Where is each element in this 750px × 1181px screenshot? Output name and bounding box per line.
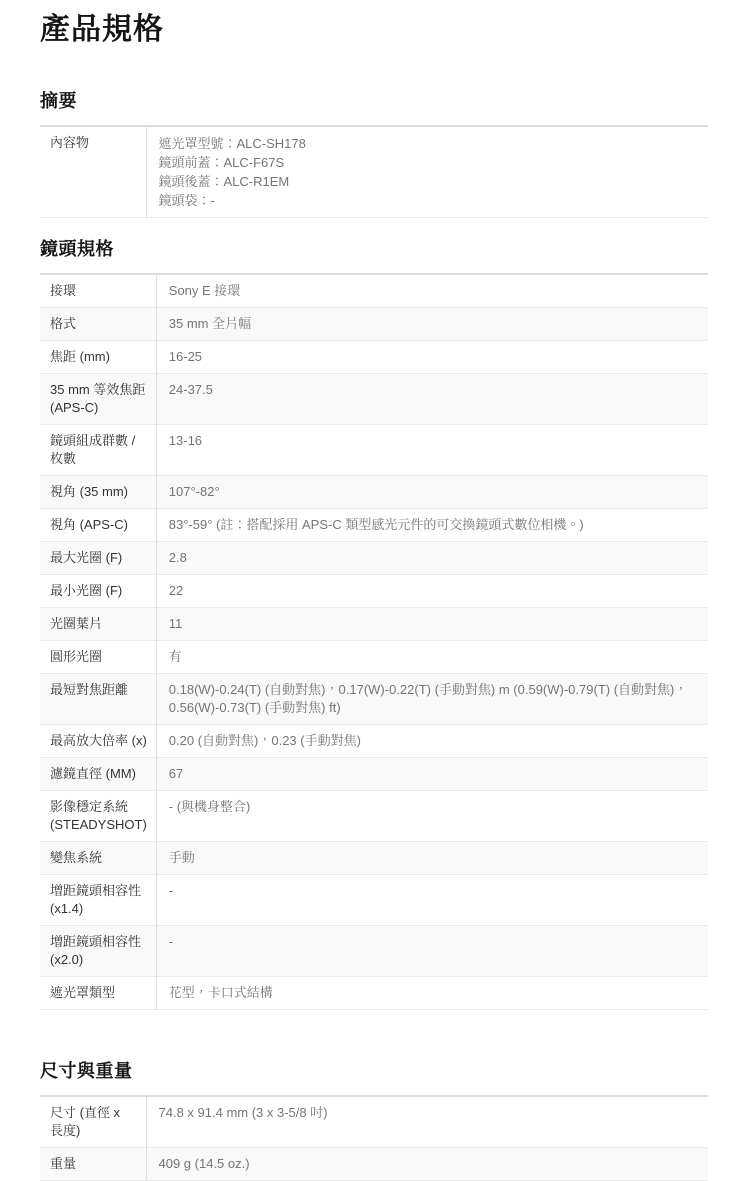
spec-label: 最短對焦距離 bbox=[40, 674, 156, 725]
section-lens-specs: 鏡頭規格 接環 Sony E 接環 格式 35 mm 全片幅 焦距 (mm) 1… bbox=[40, 238, 708, 1010]
spec-label: 遮光罩類型 bbox=[40, 977, 156, 1010]
spec-value: 13-16 bbox=[156, 425, 708, 476]
spec-label: 濾鏡直徑 (MM) bbox=[40, 758, 156, 791]
spec-value: 16-25 bbox=[156, 341, 708, 374]
spec-label: 變焦系統 bbox=[40, 842, 156, 875]
table-row: 變焦系統 手動 bbox=[40, 842, 708, 875]
spec-value: 107°-82° bbox=[156, 476, 708, 509]
table-row: 接環 Sony E 接環 bbox=[40, 274, 708, 308]
table-row: 視角 (35 mm) 107°-82° bbox=[40, 476, 708, 509]
spec-value: 花型，卡口式結構 bbox=[156, 977, 708, 1010]
spec-table: 尺寸 (直徑 x 長度) 74.8 x 91.4 mm (3 x 3-5/8 吋… bbox=[40, 1095, 708, 1181]
table-row: 增距鏡頭相容性 (x1.4) - bbox=[40, 875, 708, 926]
section-dimensions-weight: 尺寸與重量 尺寸 (直徑 x 長度) 74.8 x 91.4 mm (3 x 3… bbox=[40, 1060, 708, 1181]
spec-value: Sony E 接環 bbox=[156, 274, 708, 308]
spec-value: - bbox=[156, 926, 708, 977]
spec-value: 0.20 (自動對焦)，0.23 (手動對焦) bbox=[156, 725, 708, 758]
spec-label: 光圈葉片 bbox=[40, 608, 156, 641]
spec-label: 35 mm 等效焦距 (APS-C) bbox=[40, 374, 156, 425]
spec-value: 2.8 bbox=[156, 542, 708, 575]
table-row: 鏡頭組成群數 / 枚數 13-16 bbox=[40, 425, 708, 476]
spec-label: 視角 (APS-C) bbox=[40, 509, 156, 542]
table-row: 影像穩定系統 (STEADYSHOT) - (與機身整合) bbox=[40, 791, 708, 842]
spec-value: 手動 bbox=[156, 842, 708, 875]
table-row: 最高放大倍率 (x) 0.20 (自動對焦)，0.23 (手動對焦) bbox=[40, 725, 708, 758]
table-row: 最小光圈 (F) 22 bbox=[40, 575, 708, 608]
spec-table: 接環 Sony E 接環 格式 35 mm 全片幅 焦距 (mm) 16-25 … bbox=[40, 273, 708, 1010]
table-row: 最短對焦距離 0.18(W)-0.24(T) (自動對焦)，0.17(W)-0.… bbox=[40, 674, 708, 725]
spec-value: - bbox=[156, 875, 708, 926]
table-row: 內容物 遮光罩型號：ALC-SH178鏡頭前蓋：ALC-F67S鏡頭後蓋：ALC… bbox=[40, 126, 708, 218]
section-title-summary: 摘要 bbox=[40, 90, 708, 112]
section-summary: 摘要 內容物 遮光罩型號：ALC-SH178鏡頭前蓋：ALC-F67S鏡頭後蓋：… bbox=[40, 90, 708, 218]
section-title-dimensions-weight: 尺寸與重量 bbox=[40, 1060, 708, 1082]
spec-value: 11 bbox=[156, 608, 708, 641]
spec-value-line: 鏡頭後蓋：ALC-R1EM bbox=[159, 172, 695, 191]
spec-label: 影像穩定系統 (STEADYSHOT) bbox=[40, 791, 156, 842]
spec-value: 0.18(W)-0.24(T) (自動對焦)，0.17(W)-0.22(T) (… bbox=[156, 674, 708, 725]
spec-label: 最大光圈 (F) bbox=[40, 542, 156, 575]
spec-label: 尺寸 (直徑 x 長度) bbox=[40, 1096, 146, 1148]
spec-value: 遮光罩型號：ALC-SH178鏡頭前蓋：ALC-F67S鏡頭後蓋：ALC-R1E… bbox=[146, 126, 708, 218]
spec-value: 22 bbox=[156, 575, 708, 608]
spec-label: 重量 bbox=[40, 1148, 146, 1181]
spec-label: 焦距 (mm) bbox=[40, 341, 156, 374]
table-row: 重量 409 g (14.5 oz.) bbox=[40, 1148, 708, 1181]
spec-table: 內容物 遮光罩型號：ALC-SH178鏡頭前蓋：ALC-F67S鏡頭後蓋：ALC… bbox=[40, 125, 708, 218]
spec-label: 格式 bbox=[40, 308, 156, 341]
spec-label: 圓形光圈 bbox=[40, 641, 156, 674]
table-row: 視角 (APS-C) 83°-59° (註：搭配採用 APS-C 類型感光元件的… bbox=[40, 509, 708, 542]
spec-value: 409 g (14.5 oz.) bbox=[146, 1148, 708, 1181]
spec-label: 鏡頭組成群數 / 枚數 bbox=[40, 425, 156, 476]
spec-label: 內容物 bbox=[40, 126, 146, 218]
spec-value: 24-37.5 bbox=[156, 374, 708, 425]
table-row: 焦距 (mm) 16-25 bbox=[40, 341, 708, 374]
spec-label: 增距鏡頭相容性 (x2.0) bbox=[40, 926, 156, 977]
table-row: 遮光罩類型 花型，卡口式結構 bbox=[40, 977, 708, 1010]
spec-value: 35 mm 全片幅 bbox=[156, 308, 708, 341]
spec-label: 最小光圈 (F) bbox=[40, 575, 156, 608]
table-row: 尺寸 (直徑 x 長度) 74.8 x 91.4 mm (3 x 3-5/8 吋… bbox=[40, 1096, 708, 1148]
spec-value: 67 bbox=[156, 758, 708, 791]
spec-value-line: 鏡頭前蓋：ALC-F67S bbox=[159, 153, 695, 172]
spec-label: 視角 (35 mm) bbox=[40, 476, 156, 509]
spec-value-line: 鏡頭袋：- bbox=[159, 191, 695, 210]
spec-page: 產品規格 摘要 內容物 遮光罩型號：ALC-SH178鏡頭前蓋：ALC-F67S… bbox=[40, 12, 708, 1181]
spec-label: 增距鏡頭相容性 (x1.4) bbox=[40, 875, 156, 926]
table-row: 35 mm 等效焦距 (APS-C) 24-37.5 bbox=[40, 374, 708, 425]
spec-label: 最高放大倍率 (x) bbox=[40, 725, 156, 758]
page-title: 產品規格 bbox=[40, 12, 708, 48]
table-row: 增距鏡頭相容性 (x2.0) - bbox=[40, 926, 708, 977]
spec-value: 83°-59° (註：搭配採用 APS-C 類型感光元件的可交換鏡頭式數位相機。… bbox=[156, 509, 708, 542]
section-title-lens-specs: 鏡頭規格 bbox=[40, 238, 708, 260]
table-row: 圓形光圈 有 bbox=[40, 641, 708, 674]
table-row: 光圈葉片 11 bbox=[40, 608, 708, 641]
spec-value: - (與機身整合) bbox=[156, 791, 708, 842]
table-row: 格式 35 mm 全片幅 bbox=[40, 308, 708, 341]
spec-value-line: 遮光罩型號：ALC-SH178 bbox=[159, 134, 695, 153]
spec-label: 接環 bbox=[40, 274, 156, 308]
spec-value: 74.8 x 91.4 mm (3 x 3-5/8 吋) bbox=[146, 1096, 708, 1148]
spec-value: 有 bbox=[156, 641, 708, 674]
table-row: 濾鏡直徑 (MM) 67 bbox=[40, 758, 708, 791]
table-row: 最大光圈 (F) 2.8 bbox=[40, 542, 708, 575]
